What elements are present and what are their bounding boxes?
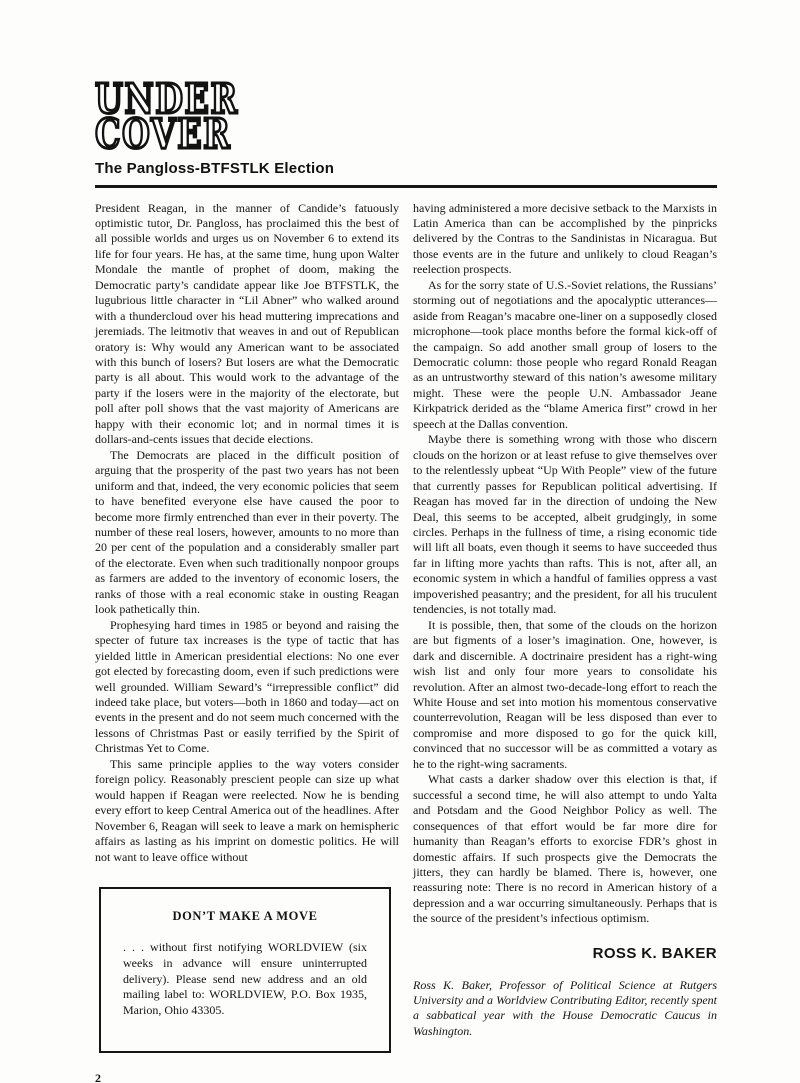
paragraph: As for the sorry state of U.S.-Soviet re… (413, 278, 717, 433)
paragraph: having administered a more decisive setb… (413, 201, 717, 278)
article-column-right: having administered a more decisive setb… (413, 201, 717, 1083)
masthead-title: UNDER COVER (95, 82, 717, 153)
paragraph: It is possible, then, that some of the c… (413, 618, 717, 773)
paragraph: The Democrats are placed in the difficul… (95, 448, 399, 618)
article-subtitle: The Pangloss-BTFSTLK Election (95, 160, 717, 177)
page-number: 2 (95, 1071, 399, 1083)
paragraph: This same principle applies to the way v… (95, 757, 399, 865)
author-bio: Ross K. Baker, Professor of Political Sc… (413, 978, 717, 1039)
header-rule (95, 185, 717, 188)
paragraph: Maybe there is something wrong with thos… (413, 432, 717, 617)
paragraph: President Reagan, in the manner of Candi… (95, 201, 399, 448)
page-content: UNDER COVER The Pangloss-BTFSTLK Electio… (95, 82, 717, 1083)
paragraph: Prophesying hard times in 1985 or beyond… (95, 618, 399, 757)
article-column-left: President Reagan, in the manner of Candi… (95, 201, 399, 1083)
magazine-page: UNDER COVER The Pangloss-BTFSTLK Electio… (0, 0, 800, 1083)
notice-body: . . . without first notifying WORLDVIEW … (123, 940, 367, 1019)
notice-title: DON’T MAKE A MOVE (123, 909, 367, 924)
masthead-line-cover: COVER (95, 117, 580, 152)
move-notice-box: DON’T MAKE A MOVE . . . without first no… (99, 887, 391, 1053)
paragraph: What casts a darker shadow over this ele… (413, 772, 717, 927)
author-byline: ROSS K. BAKER (413, 945, 717, 962)
article-body: President Reagan, in the manner of Candi… (95, 201, 717, 1083)
